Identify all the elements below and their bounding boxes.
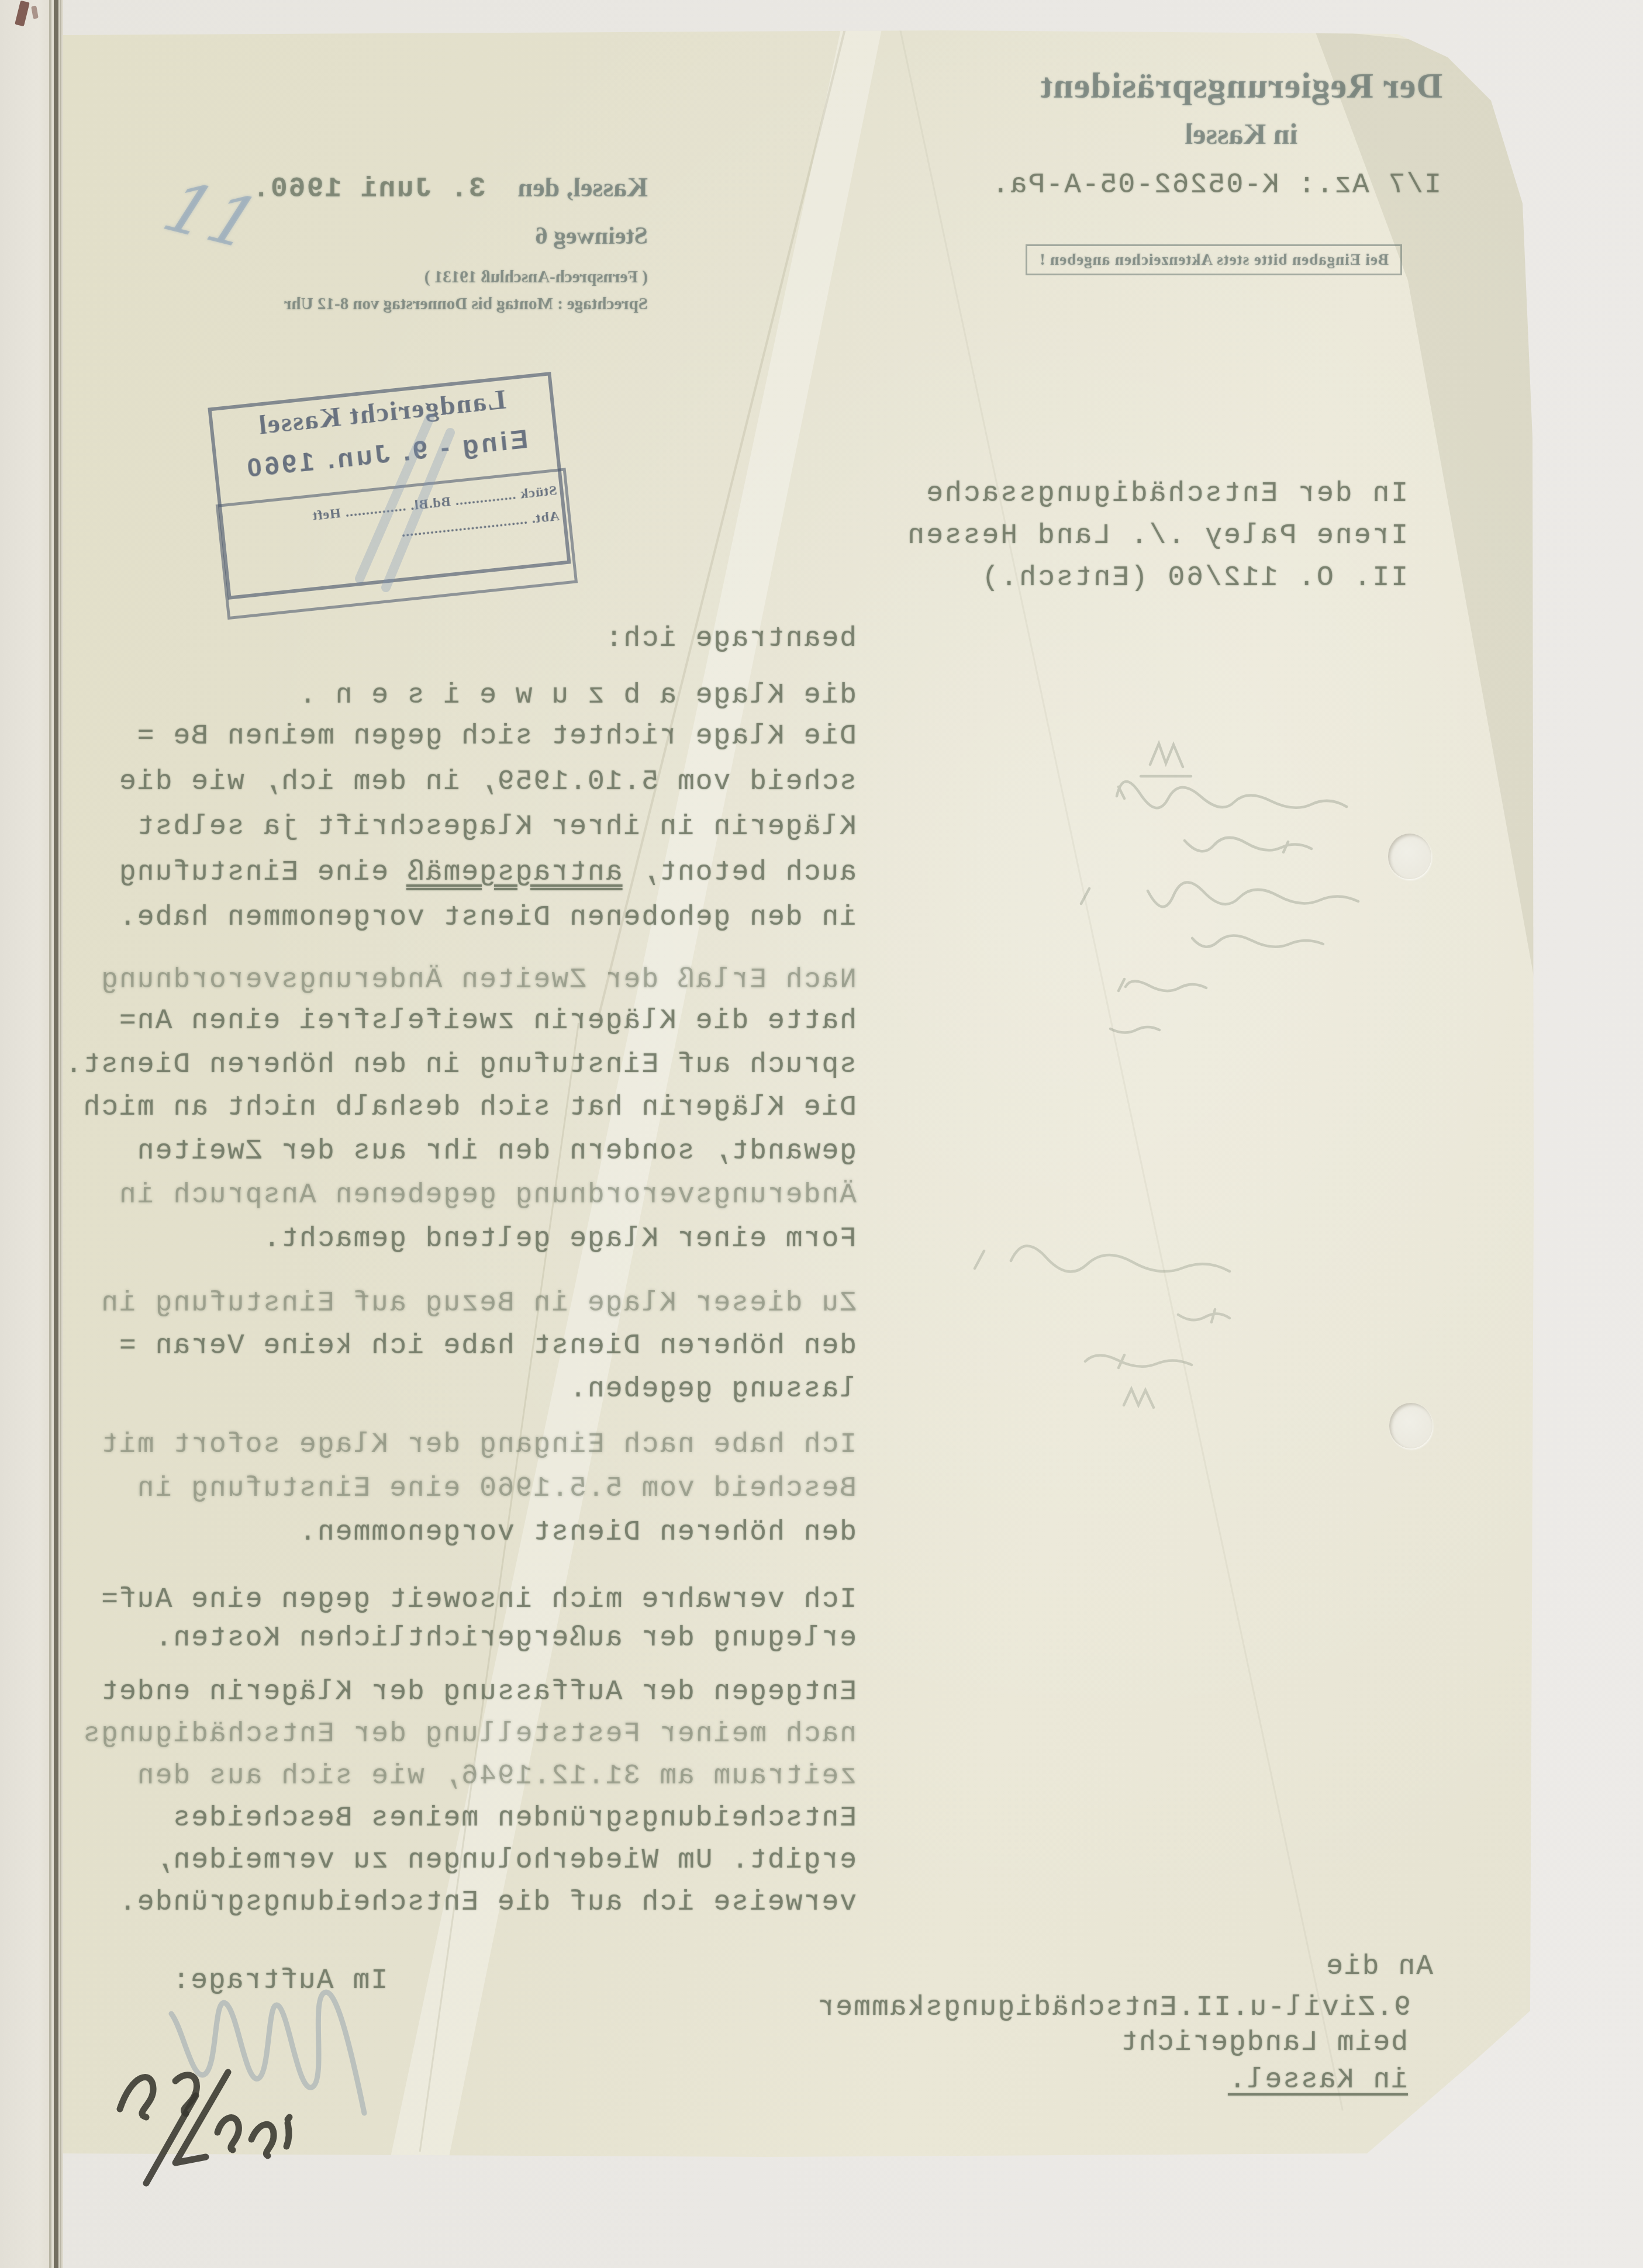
body-line: Ich verwahre mich insoweit gegen eine Au… xyxy=(100,1584,857,1616)
body-line: Die Klage richtet sich gegen meinen Be = xyxy=(136,721,857,752)
punch-hole xyxy=(1388,834,1431,879)
body-line: lassung gegeben. xyxy=(568,1374,857,1405)
letterhead-city: in Kassel xyxy=(1037,117,1446,151)
body-line: Die Klägerin hat sich deshalb nicht an m… xyxy=(82,1092,857,1123)
body-line: Ich habe nach Eingang der Klage sofort m… xyxy=(100,1429,857,1461)
body-line: erlegung der außergerichtlichen Kosten. xyxy=(154,1623,857,1654)
mirrored-bleedthrough-layer: Der Regierungspräsident in Kassel I/7 Az… xyxy=(63,29,1534,2157)
punch-hole xyxy=(1389,1403,1433,1448)
pencil-w-mark xyxy=(1150,744,1183,767)
body-line: hatte die Klägerin zweifelsfrei einen An… xyxy=(118,1005,857,1037)
body-line: Entscheidungsgründen meines Bescheides xyxy=(172,1803,857,1834)
office-hours-line: Sprechtage : Montag bis Donnerstag von 8… xyxy=(284,295,648,314)
sheet-edge-line xyxy=(49,0,51,2268)
address-line: An die xyxy=(1325,1951,1433,1983)
address-line: 9.Zivil-u.II.Entschädigungskammer xyxy=(816,1992,1411,2024)
body-line: den höheren Dienst vorgenommen. xyxy=(298,1517,857,1548)
body-line: verweise ich auf die Entscheidungsgründe… xyxy=(118,1887,857,1918)
phone-line: ( Fernsprech-Anschluß 19131 ) xyxy=(424,268,648,287)
body-line: den höheren Dienst habe ich keine Veran … xyxy=(118,1330,857,1362)
body-line: Zu dieser Klage in Bezug auf Einstufung … xyxy=(100,1288,857,1319)
closing-formula: Im Auftrage: xyxy=(171,1965,388,1997)
letterhead-notice-box: Bei Eingaben bitte stets Aktenzeichen an… xyxy=(1026,244,1403,275)
pencil-note-block-upper xyxy=(1081,744,1358,1033)
body-line: nach meiner Feststellung der Entschädigu… xyxy=(82,1719,857,1750)
body-line: in den gehobenen Dienst vorgenommen habe… xyxy=(118,902,857,934)
caption-line: In der Entschädigungssache xyxy=(924,478,1408,510)
body-line: Form einer Klage geltend gemacht. xyxy=(262,1223,857,1255)
file-reference-line: I/7 Az.: K-05262-05-A-Pa. xyxy=(991,170,1441,201)
signature-bleedthrough xyxy=(171,1992,364,2113)
body-line: Nach Erlaß der Zweiten Änderungsverordnu… xyxy=(100,964,857,996)
motion-line: die Klage a b z u w e i s e n . xyxy=(298,680,857,711)
caption-line: II. O. 112/60 (Entsch.) xyxy=(980,562,1408,594)
body-line: scheid vom 5.10.1959, in dem ich, wie di… xyxy=(118,766,857,798)
underlined-word: antragsgemäß xyxy=(406,857,623,888)
body-line: Bescheid vom 5.5.1960 eine Einstufung in xyxy=(136,1473,857,1505)
scan-background: { "page": { "page_number_blue": "11", "l… xyxy=(0,0,1643,2268)
typed-date: 3. Juni 1960. xyxy=(251,174,485,205)
date-city-label: Kassel, den xyxy=(518,172,648,202)
sheet-edge-line xyxy=(60,0,61,2268)
sheet-edge-line xyxy=(54,0,58,2268)
address-line: beim Landgericht xyxy=(1120,2027,1408,2059)
date-line: Kassel, den3. Juni 1960. xyxy=(251,172,648,205)
letterhead-title: Der Regierungspräsident xyxy=(1037,65,1446,107)
street-line: Steinweg 6 xyxy=(536,222,648,250)
landgericht-receipt-stamp: Landgericht Kassel Eing - 9. Jun. 1960 S… xyxy=(208,372,571,600)
pencil-note-block-lower xyxy=(975,1246,1230,1408)
body-line: beantrage ich: xyxy=(605,623,857,655)
body-line: spruch auf Einstufung in den höheren Die… xyxy=(64,1049,857,1081)
body-line: Klägerin in ihrer Klageschrift ja selbst xyxy=(136,811,857,843)
body-line: Änderungsverordnung gegebenen Anspruch i… xyxy=(118,1180,857,1211)
body-line: auch betont, antragsgemäß eine Einstufun… xyxy=(118,857,857,888)
body-line: Entgegen der Auffassung der Klägerin end… xyxy=(100,1676,857,1708)
body-line: ergibt. Um Wiederholungen zu vermeiden, xyxy=(154,1845,857,1876)
body-text: auch betont, xyxy=(623,857,857,888)
caption-line: Irene Paley ./. Land Hessen xyxy=(906,520,1408,552)
stamp-detail-box: Stück ............... Bd.Bl. ...........… xyxy=(216,468,578,620)
body-text: eine Einstufung xyxy=(118,857,406,888)
address-line: in Kassel. xyxy=(1228,2065,1408,2096)
document-page-verso: Der Regierungspräsident in Kassel I/7 Az… xyxy=(63,29,1534,2157)
body-line: gewandt, sondern den ihr aus der Zweiten xyxy=(136,1136,857,1167)
body-line: zeitraum am 31.12.1946, wie sich aus den xyxy=(136,1761,857,1792)
